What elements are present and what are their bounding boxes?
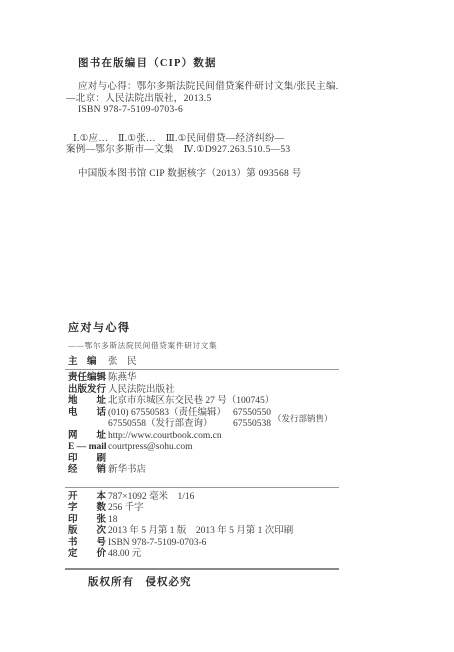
phone-line2-right: 67550538 [233, 419, 271, 431]
row-format: 开本787×1092 毫米 1/16 [68, 492, 339, 504]
row-printer: 印刷 [68, 454, 339, 466]
divider-bottom [65, 568, 339, 570]
row-word-count: 字数256 千字 [68, 503, 339, 515]
row-isbn: 书号ISBN 978-7-5109-0703-6 [68, 538, 339, 550]
row-label: 定价 [68, 549, 106, 561]
row-label: 经销 [68, 465, 106, 477]
cip-class-line-1: Ⅰ.①应… Ⅱ.①张… Ⅲ.①民间借贷—经济纠纷— [66, 134, 406, 146]
row-label: 开本 [68, 492, 106, 504]
row-value: 北京市东城区东交民巷 27 号（100745） [108, 396, 274, 406]
row-responsible-editor: 责任编辑陈燕华 [68, 373, 339, 385]
row-label: 印张 [68, 515, 106, 527]
editor-label: 主 编 [68, 356, 106, 368]
row-value: 2013 年 5 月第 1 版 2013 年 5 月第 1 次印刷 [108, 526, 293, 536]
row-label: E — mail [68, 442, 106, 454]
row-label: 字数 [68, 503, 106, 515]
phone-line2-left: 67550558（发行部查询） [108, 419, 233, 431]
cip-block: 图书在版编目（CIP）数据 应对与心得：鄂尔多斯法院民间借贷案件研讨文集/张民主… [66, 57, 406, 180]
phone-sales-note: （发行部销售） [273, 413, 333, 425]
row-value: 48.00 元 [108, 549, 141, 559]
row-website: 网址http://www.courtbook.com.cn [68, 431, 339, 443]
row-value: 787×1092 毫米 1/16 [108, 492, 194, 502]
row-label: 地址 [68, 396, 106, 408]
row-email: E — mailcourtpress@sohu.com [68, 442, 339, 454]
row-value: ISBN 978-7-5109-0703-6 [108, 538, 206, 548]
row-label: 责任编辑 [68, 373, 106, 385]
editor-name: 张 民 [108, 357, 137, 367]
row-distributor: 经销新华书店 [68, 465, 339, 477]
row-label: 电话 [68, 408, 106, 420]
cip-class-line-2: 案例—鄂尔多斯市—文集 Ⅳ.①D927.263.510.5—53 [66, 145, 406, 157]
row-price: 定价48.00 元 [68, 549, 339, 561]
row-value: 新华书店 [108, 465, 146, 475]
title-block: 应对与心得 ——鄂尔多斯法院民间借贷案件研讨文集 主 编张 民 [66, 322, 366, 368]
row-value: 256 千字 [108, 503, 144, 513]
row-label: 版次 [68, 526, 106, 538]
phone-line1-right: 67550550 [233, 408, 271, 420]
publisher-rows: 责任编辑陈燕华 出版发行人民法院出版社 地址北京市东城区东交民巷 27 号（10… [65, 370, 339, 487]
row-value: http://www.courtbook.com.cn [108, 431, 222, 441]
copyright-notice: 版权所有 侵权必究 [88, 574, 192, 589]
book-copyright-page: 图书在版编目（CIP）数据 应对与心得：鄂尔多斯法院民间借贷案件研讨文集/张民主… [0, 0, 454, 652]
row-phone: 电话(010) 67550583（责任编辑）6755055067550558（发… [68, 408, 339, 431]
book-subtitle: ——鄂尔多斯法院民间借贷案件研讨文集 [66, 340, 366, 351]
row-label: 书号 [68, 538, 106, 550]
phone-line1-left: (010) 67550583（责任编辑） [108, 408, 233, 420]
row-edition: 版次2013 年 5 月第 1 版 2013 年 5 月第 1 次印刷 [68, 526, 339, 538]
row-address: 地址北京市东城区东交民巷 27 号（100745） [68, 396, 339, 408]
row-label: 印刷 [68, 454, 106, 466]
row-value: 陈燕华 [108, 373, 137, 383]
row-publisher: 出版发行人民法院出版社 [68, 385, 339, 397]
publication-info-section: 责任编辑陈燕华 出版发行人民法院出版社 地址北京市东城区东交民巷 27 号（10… [65, 369, 339, 570]
cip-record-line: 中国版本图书馆 CIP 数据核字（2013）第 093568 号 [66, 169, 406, 181]
cip-publisher-line: —北京：人民法院出版社，2013.5 [66, 94, 406, 106]
row-label: 网址 [68, 431, 106, 443]
editor-line: 主 编张 民 [66, 356, 366, 368]
phone-numbers: (010) 67550583（责任编辑）6755055067550558（发行部… [108, 408, 271, 431]
row-value: courtpress@sohu.com [108, 442, 192, 452]
metric-rows: 开本787×1092 毫米 1/16 字数256 千字 印张18 版次2013 … [65, 488, 339, 568]
row-value: 人民法院出版社 [108, 385, 175, 395]
cip-isbn-line: ISBN 978-7-5109-0703-6 [66, 105, 406, 117]
row-sheets: 印张18 [68, 515, 339, 527]
row-label: 出版发行 [68, 385, 106, 397]
row-value: 18 [108, 515, 118, 525]
book-title: 应对与心得 [66, 322, 366, 335]
cip-title-line: 应对与心得：鄂尔多斯法院民间借贷案件研讨文集/张民主编. [66, 82, 406, 94]
cip-heading: 图书在版编目（CIP）数据 [66, 57, 406, 70]
